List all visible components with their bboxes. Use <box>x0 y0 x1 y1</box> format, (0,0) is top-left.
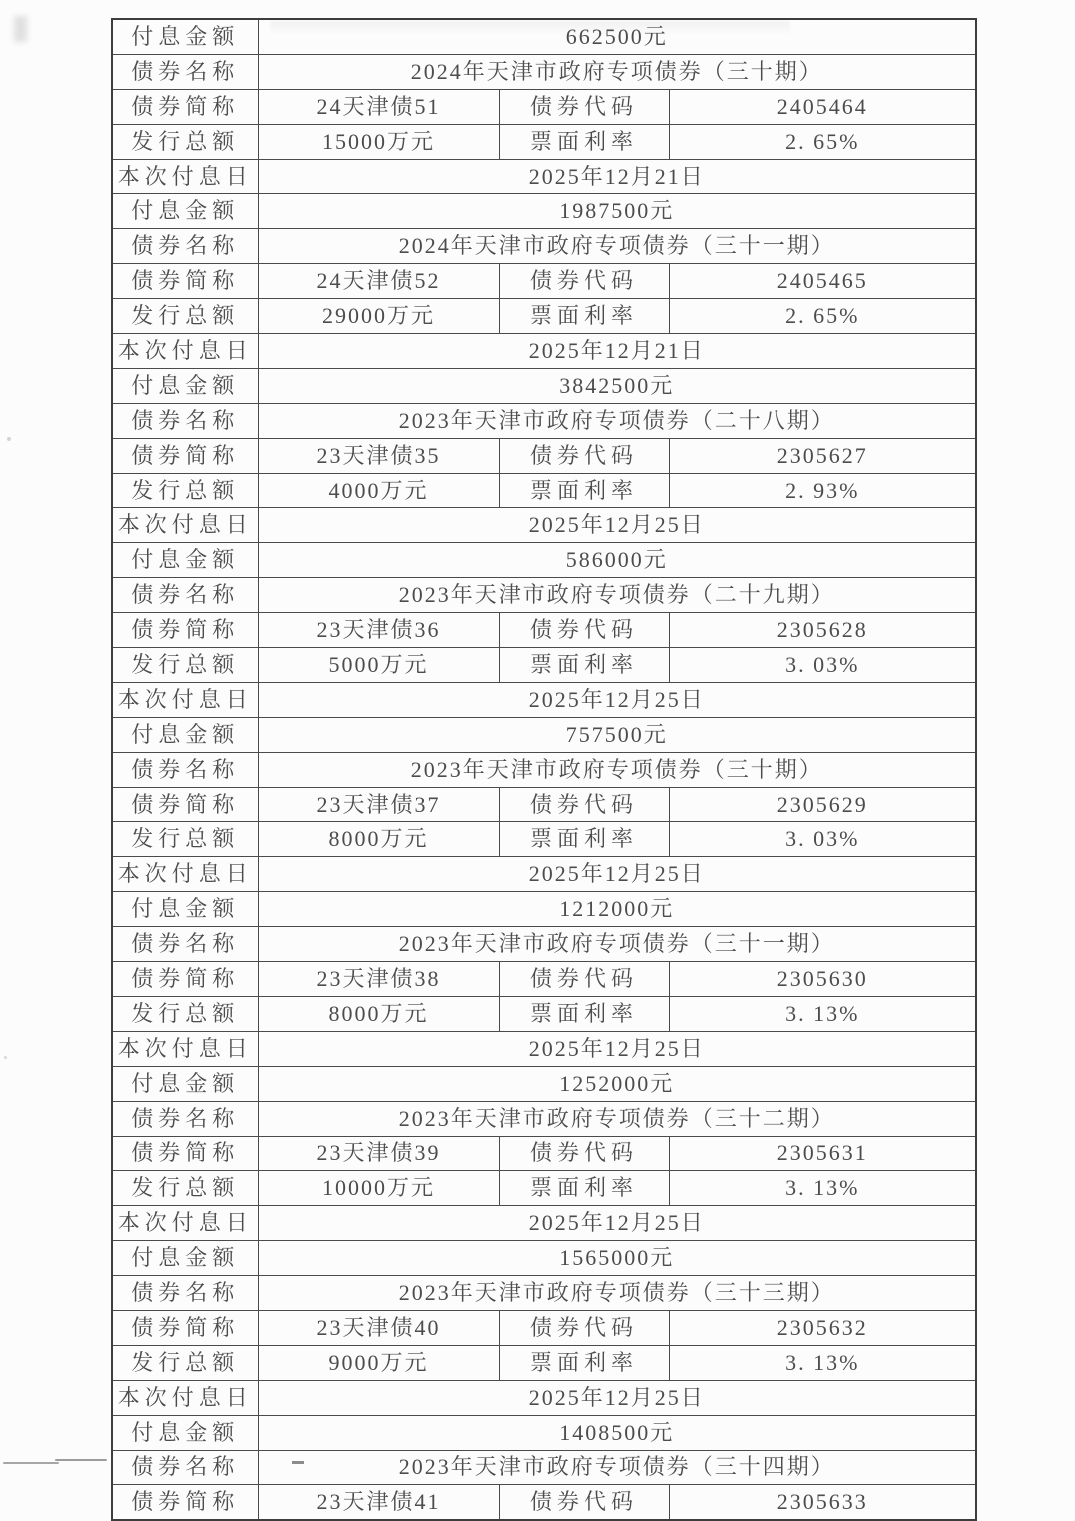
field-label: 付息金额 <box>112 717 258 752</box>
field-label: 债券代码 <box>499 1485 669 1520</box>
field-value: 2023年天津市政府专项债券（二十九期） <box>258 578 976 613</box>
field-value: 23天津债37 <box>258 787 499 822</box>
field-value: 1565000元 <box>258 1241 976 1276</box>
table-row: 本次付息日2025年12月21日 <box>112 334 976 369</box>
table-row: 债券简称23天津债41债券代码2305633 <box>112 1485 976 1520</box>
field-label: 本次付息日 <box>112 159 258 194</box>
field-value: 1252000元 <box>258 1066 976 1101</box>
field-label: 本次付息日 <box>112 1380 258 1415</box>
field-value: 2305631 <box>669 1136 976 1171</box>
field-label: 付息金额 <box>112 1066 258 1101</box>
table-row: 债券名称2024年天津市政府专项债券（三十期） <box>112 54 976 89</box>
table-row: 债券名称2023年天津市政府专项债券（三十一期） <box>112 927 976 962</box>
field-value: 3. 13% <box>669 1171 976 1206</box>
field-label: 债券代码 <box>499 1310 669 1345</box>
table-row: 付息金额757500元 <box>112 717 976 752</box>
field-value: 23天津债41 <box>258 1485 499 1520</box>
field-value: 3. 13% <box>669 1345 976 1380</box>
field-label: 本次付息日 <box>112 1031 258 1066</box>
table-row: 发行总额8000万元票面利率3. 13% <box>112 996 976 1031</box>
field-value: 2023年天津市政府专项债券（三十一期） <box>258 927 976 962</box>
field-label: 债券名称 <box>112 927 258 962</box>
field-value: 662500元 <box>258 19 976 54</box>
field-value: 23天津债40 <box>258 1310 499 1345</box>
field-label: 票面利率 <box>499 648 669 683</box>
table-row: 发行总额10000万元票面利率3. 13% <box>112 1171 976 1206</box>
scan-scratch <box>55 1459 107 1461</box>
field-value: 10000万元 <box>258 1171 499 1206</box>
field-value: 5000万元 <box>258 648 499 683</box>
field-label: 债券代码 <box>499 438 669 473</box>
table-row: 本次付息日2025年12月21日 <box>112 159 976 194</box>
field-value: 15000万元 <box>258 124 499 159</box>
field-value: 24天津债51 <box>258 89 499 124</box>
field-value: 2025年12月25日 <box>258 857 976 892</box>
field-label: 付息金额 <box>112 543 258 578</box>
field-label: 债券简称 <box>112 1485 258 1520</box>
field-value: 23天津债36 <box>258 613 499 648</box>
table-row: 本次付息日2025年12月25日 <box>112 508 976 543</box>
field-value: 2305630 <box>669 962 976 997</box>
table-row: 债券名称2023年天津市政府专项债券（三十二期） <box>112 1101 976 1136</box>
field-value: 8000万元 <box>258 822 499 857</box>
table-row: 本次付息日2025年12月25日 <box>112 857 976 892</box>
field-value: 2. 65% <box>669 124 976 159</box>
field-label: 付息金额 <box>112 1241 258 1276</box>
table-row: 债券简称23天津债36债券代码2305628 <box>112 613 976 648</box>
field-label: 债券名称 <box>112 1450 258 1485</box>
field-label: 债券代码 <box>499 962 669 997</box>
field-label: 债券代码 <box>499 89 669 124</box>
field-label: 付息金额 <box>112 1415 258 1450</box>
table-row: 发行总额8000万元票面利率3. 03% <box>112 822 976 857</box>
field-label: 票面利率 <box>499 299 669 334</box>
field-value: 3. 03% <box>669 648 976 683</box>
table-row: 本次付息日2025年12月25日 <box>112 1206 976 1241</box>
table-row: 债券简称24天津债52债券代码2405465 <box>112 264 976 299</box>
field-label: 发行总额 <box>112 473 258 508</box>
field-label: 付息金额 <box>112 194 258 229</box>
field-label: 债券名称 <box>112 1276 258 1311</box>
table-row: 债券名称2023年天津市政府专项债券（二十九期） <box>112 578 976 613</box>
field-label: 本次付息日 <box>112 682 258 717</box>
field-label: 债券代码 <box>499 1136 669 1171</box>
field-value: 2025年12月21日 <box>258 159 976 194</box>
field-label: 发行总额 <box>112 648 258 683</box>
table-row: 付息金额1987500元 <box>112 194 976 229</box>
field-value: 3842500元 <box>258 368 976 403</box>
field-value: 2305629 <box>669 787 976 822</box>
field-value: 2025年12月25日 <box>258 1206 976 1241</box>
scan-speckle <box>4 1056 7 1059</box>
field-value: 2024年天津市政府专项债券（三十一期） <box>258 229 976 264</box>
field-value: 9000万元 <box>258 1345 499 1380</box>
table-row: 本次付息日2025年12月25日 <box>112 1031 976 1066</box>
field-value: 2023年天津市政府专项债券（二十八期） <box>258 403 976 438</box>
table-row: 付息金额1565000元 <box>112 1241 976 1276</box>
table-row: 债券简称23天津债39债券代码2305631 <box>112 1136 976 1171</box>
field-value: 23天津债38 <box>258 962 499 997</box>
table-row: 债券简称23天津债38债券代码2305630 <box>112 962 976 997</box>
scanned-document-page: 付息金额662500元债券名称2024年天津市政府专项债券（三十期）债券简称24… <box>0 0 1075 1521</box>
field-label: 债券简称 <box>112 1136 258 1171</box>
field-label: 发行总额 <box>112 124 258 159</box>
field-value: 8000万元 <box>258 996 499 1031</box>
field-label: 债券代码 <box>499 264 669 299</box>
field-label: 本次付息日 <box>112 857 258 892</box>
table-row: 债券简称23天津债35债券代码2305627 <box>112 438 976 473</box>
table-row: 债券简称23天津债40债券代码2305632 <box>112 1310 976 1345</box>
field-label: 本次付息日 <box>112 1206 258 1241</box>
field-label: 票面利率 <box>499 473 669 508</box>
field-value: 2023年天津市政府专项债券（三十四期） <box>258 1450 976 1485</box>
field-value: 4000万元 <box>258 473 499 508</box>
table-row: 债券名称2023年天津市政府专项债券（三十四期） <box>112 1450 976 1485</box>
field-value: 2305632 <box>669 1310 976 1345</box>
table-row: 付息金额1252000元 <box>112 1066 976 1101</box>
table-row: 债券名称2023年天津市政府专项债券（三十三期） <box>112 1276 976 1311</box>
field-label: 债券名称 <box>112 403 258 438</box>
scan-scratch <box>3 1462 59 1464</box>
table-row: 本次付息日2025年12月25日 <box>112 1380 976 1415</box>
field-label: 付息金额 <box>112 892 258 927</box>
table-row: 付息金额1212000元 <box>112 892 976 927</box>
table-row: 债券名称2024年天津市政府专项债券（三十一期） <box>112 229 976 264</box>
field-value: 3. 03% <box>669 822 976 857</box>
table-row: 债券名称2023年天津市政府专项债券（三十期） <box>112 752 976 787</box>
field-label: 债券名称 <box>112 229 258 264</box>
field-value: 2023年天津市政府专项债券（三十期） <box>258 752 976 787</box>
table-row: 发行总额29000万元票面利率2. 65% <box>112 299 976 334</box>
field-label: 票面利率 <box>499 822 669 857</box>
field-label: 债券简称 <box>112 438 258 473</box>
field-value: 2305633 <box>669 1485 976 1520</box>
field-label: 债券简称 <box>112 1310 258 1345</box>
field-label: 债券代码 <box>499 787 669 822</box>
table-row: 付息金额662500元 <box>112 19 976 54</box>
field-label: 发行总额 <box>112 299 258 334</box>
table-row: 本次付息日2025年12月25日 <box>112 682 976 717</box>
field-label: 本次付息日 <box>112 508 258 543</box>
field-label: 债券简称 <box>112 787 258 822</box>
field-label: 票面利率 <box>499 1345 669 1380</box>
field-label: 债券名称 <box>112 752 258 787</box>
field-value: 1212000元 <box>258 892 976 927</box>
table-row: 付息金额3842500元 <box>112 368 976 403</box>
field-label: 票面利率 <box>499 124 669 159</box>
field-value: 2025年12月25日 <box>258 1380 976 1415</box>
field-label: 发行总额 <box>112 1345 258 1380</box>
field-value: 2. 65% <box>669 299 976 334</box>
field-value: 29000万元 <box>258 299 499 334</box>
table-row: 债券简称23天津债37债券代码2305629 <box>112 787 976 822</box>
table-row: 债券名称2023年天津市政府专项债券（二十八期） <box>112 403 976 438</box>
field-label: 票面利率 <box>499 996 669 1031</box>
field-value: 23天津债39 <box>258 1136 499 1171</box>
field-label: 票面利率 <box>499 1171 669 1206</box>
field-label: 债券简称 <box>112 962 258 997</box>
field-label: 债券简称 <box>112 264 258 299</box>
table-row: 付息金额586000元 <box>112 543 976 578</box>
field-label: 发行总额 <box>112 996 258 1031</box>
field-label: 债券代码 <box>499 613 669 648</box>
field-value: 2025年12月25日 <box>258 508 976 543</box>
table-row: 发行总额5000万元票面利率3. 03% <box>112 648 976 683</box>
table-row: 债券简称24天津债51债券代码2405464 <box>112 89 976 124</box>
table-row: 发行总额15000万元票面利率2. 65% <box>112 124 976 159</box>
field-value: 2023年天津市政府专项债券（三十三期） <box>258 1276 976 1311</box>
bond-interest-payment-table: 付息金额662500元债券名称2024年天津市政府专项债券（三十期）债券简称24… <box>111 18 977 1521</box>
field-label: 债券名称 <box>112 578 258 613</box>
field-label: 付息金额 <box>112 19 258 54</box>
field-label: 债券简称 <box>112 613 258 648</box>
field-value: 2305627 <box>669 438 976 473</box>
field-value: 757500元 <box>258 717 976 752</box>
field-value: 2025年12月25日 <box>258 682 976 717</box>
table-row: 发行总额9000万元票面利率3. 13% <box>112 1345 976 1380</box>
field-label: 债券名称 <box>112 54 258 89</box>
field-label: 发行总额 <box>112 822 258 857</box>
field-value: 2. 93% <box>669 473 976 508</box>
field-value: 23天津债35 <box>258 438 499 473</box>
field-label: 本次付息日 <box>112 334 258 369</box>
field-value: 1408500元 <box>258 1415 976 1450</box>
field-value: 2023年天津市政府专项债券（三十二期） <box>258 1101 976 1136</box>
field-value: 2025年12月21日 <box>258 334 976 369</box>
field-value: 2305628 <box>669 613 976 648</box>
field-label: 发行总额 <box>112 1171 258 1206</box>
field-label: 债券简称 <box>112 89 258 124</box>
field-label: 付息金额 <box>112 368 258 403</box>
table-row: 发行总额4000万元票面利率2. 93% <box>112 473 976 508</box>
scan-speckle <box>7 437 11 441</box>
field-value: 24天津债52 <box>258 264 499 299</box>
field-value: 2024年天津市政府专项债券（三十期） <box>258 54 976 89</box>
field-value: 1987500元 <box>258 194 976 229</box>
field-value: 2025年12月25日 <box>258 1031 976 1066</box>
field-value: 2405465 <box>669 264 976 299</box>
field-value: 2405464 <box>669 89 976 124</box>
field-value: 3. 13% <box>669 996 976 1031</box>
scan-smudge <box>14 16 27 42</box>
table-row: 付息金额1408500元 <box>112 1415 976 1450</box>
field-value: 586000元 <box>258 543 976 578</box>
bond-table-body: 付息金额662500元债券名称2024年天津市政府专项债券（三十期）债券简称24… <box>112 19 976 1520</box>
field-label: 债券名称 <box>112 1101 258 1136</box>
